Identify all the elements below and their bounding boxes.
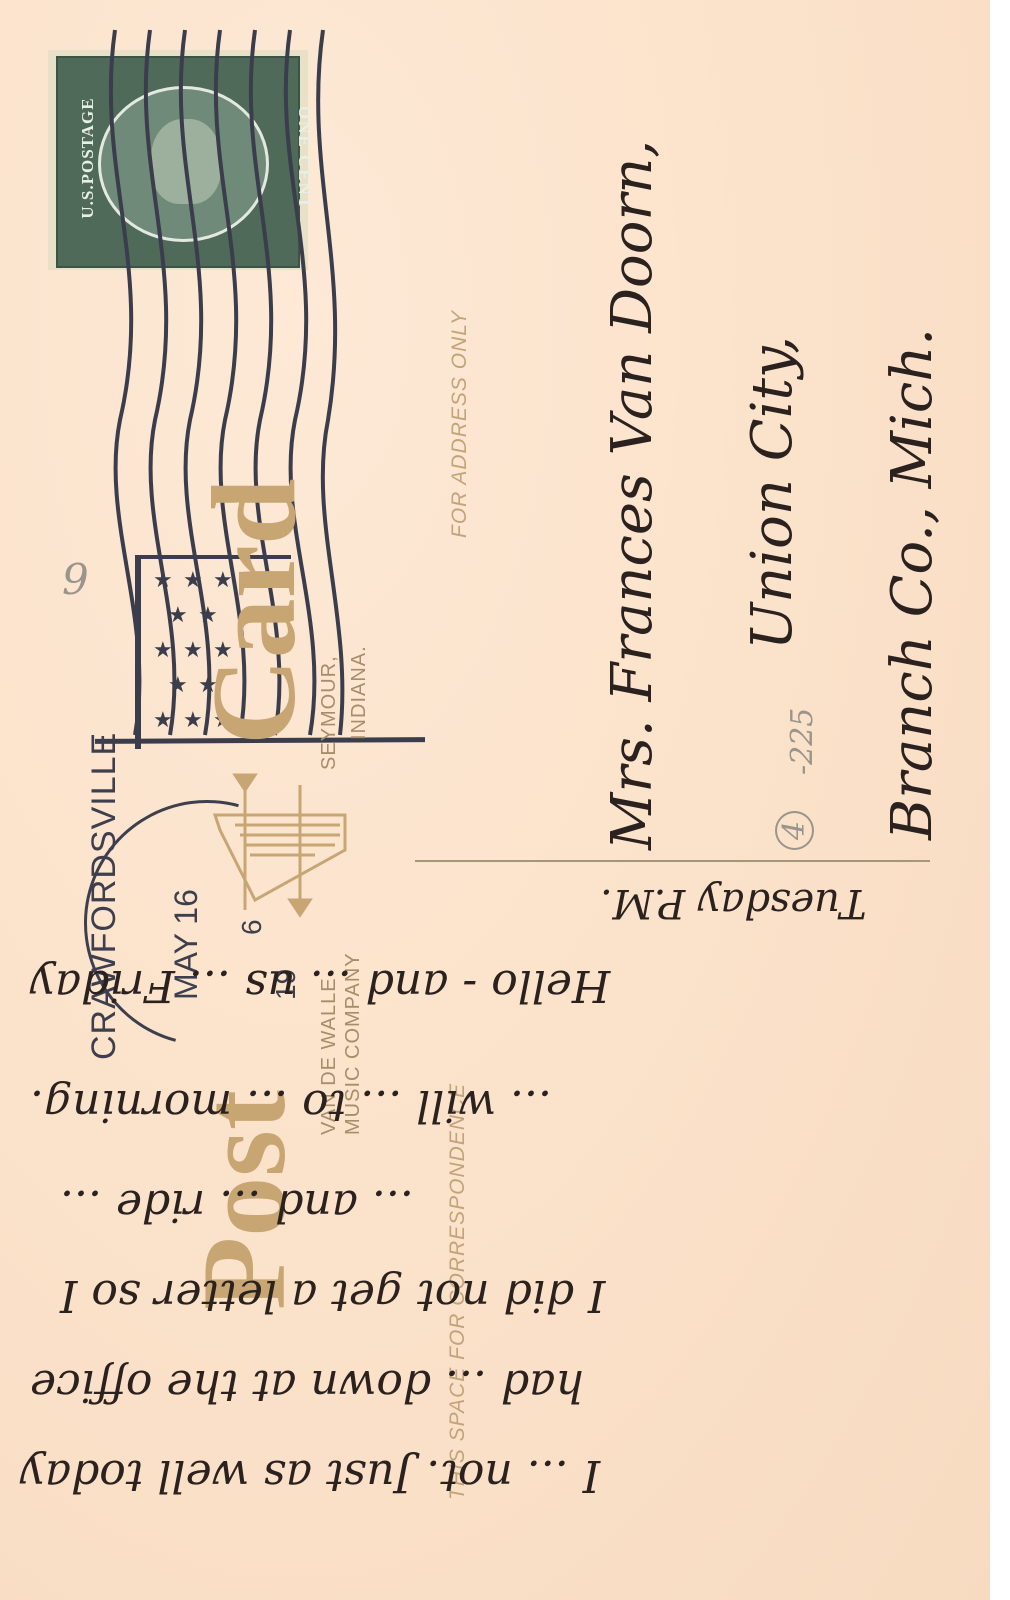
- message-line: ... will ... to ... morning.: [30, 1080, 552, 1131]
- address-divider-line: [415, 860, 930, 862]
- message-line: Hello - and ... us ... Friday: [30, 960, 610, 1011]
- message-line: I ... not. Just as well today: [20, 1450, 600, 1501]
- address-line-city: Union City,: [740, 336, 805, 650]
- publisher-city: SEYMOUR,: [318, 655, 341, 770]
- postmark-hour: 6: [236, 919, 268, 935]
- pencil-mark-left: 9: [62, 555, 89, 604]
- pencil-code: -225: [785, 708, 820, 775]
- publisher-state: INDIANA.: [348, 645, 371, 740]
- address-line-county-state: Branch Co., Mich.: [880, 328, 945, 840]
- pencil-circled-number: 4: [775, 811, 814, 850]
- star-icon: ★: [153, 709, 173, 731]
- message-line: had ... down at the office: [30, 1360, 584, 1411]
- message-line: ... and ... ride ...: [60, 1180, 414, 1231]
- address-only-label: FOR ADDRESS ONLY: [448, 310, 472, 538]
- postcard-back: U.S.POSTAGE ONE CENT ★ ★ ★ ★ ★ ★ ★ ★ ★ ★…: [0, 0, 990, 1600]
- address-line-recipient: Mrs. Frances Van Doorn,: [600, 140, 665, 850]
- printed-card-title: Card: [185, 478, 323, 745]
- scan-margin: [990, 0, 1010, 1600]
- message-line: I did not get a letter so I: [60, 1270, 605, 1321]
- star-icon: ★: [153, 569, 173, 591]
- star-icon: ★: [153, 639, 173, 661]
- message-heading: Tuesday P.M.: [600, 880, 867, 926]
